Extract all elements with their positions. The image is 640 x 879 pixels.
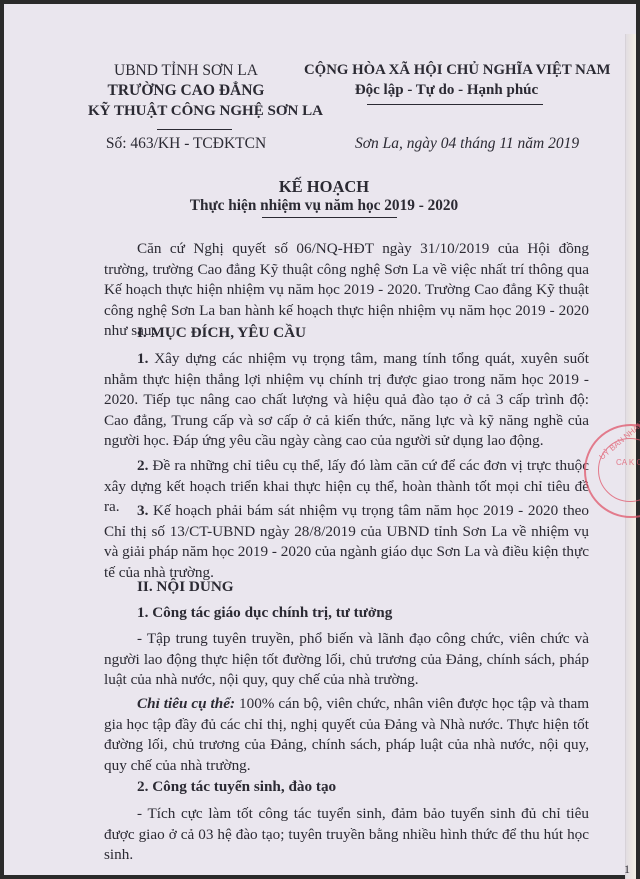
document-subtitle: Thực hiện nhiệm vụ năm học 2019 - 2020: [84, 197, 564, 215]
national-motto: Độc lập - Tự do - Hạnh phúc: [304, 82, 589, 99]
bullet-text: - Tập trung tuyên truyền, phổ biến và lã…: [104, 630, 589, 688]
subsection-1-target: Chỉ tiêu cụ thể: 100% cán bộ, viên chức,…: [104, 694, 589, 776]
nation-name: CỘNG HÒA XÃ HỘI CHỦ NGHĨA VIỆT NAM: [304, 62, 589, 79]
agency-name: UBND TỈNH SƠN LA: [86, 62, 286, 80]
section-2-heading: II. NỘI DUNG: [137, 578, 234, 596]
bullet-text: - Tích cực làm tốt công tác tuyển sinh, …: [104, 805, 589, 863]
header-underline-right: [367, 104, 543, 105]
document-number: Số: 463/KH - TCĐKTCN: [86, 135, 286, 153]
item-number: 2.: [137, 457, 148, 474]
page-number: 1: [624, 862, 630, 875]
subsection-2-bullet: - Tích cực làm tốt công tác tuyển sinh, …: [104, 804, 589, 866]
stamp-text-inner: CA K CÔ: [616, 458, 640, 467]
item-text: Xây dựng các nhiệm vụ trọng tâm, mang tí…: [104, 350, 589, 449]
item-text: Kế hoạch phải bám sát nhiệm vụ trọng tâm…: [104, 502, 589, 581]
document-page: UBND TỈNH SƠN LA TRƯỜNG CAO ĐẲNG KỸ THUẬ…: [4, 4, 636, 875]
header-underline-left: [157, 129, 232, 130]
official-stamp: UỶ BAN NHÂN CA K CÔ: [584, 424, 640, 518]
item-number: 1.: [137, 350, 148, 367]
section-1-item-3: 3. Kế hoạch phải bám sát nhiệm vụ trọng …: [104, 501, 589, 583]
school-name-line1: TRƯỜNG CAO ĐẲNG: [86, 82, 286, 100]
section-1-heading: I. MỤC ĐÍCH, YÊU CẦU: [137, 324, 306, 342]
subsection-1-heading: 1. Công tác giáo dục chính trị, tư tưởng: [137, 604, 392, 622]
subsection-2-heading: 2. Công tác tuyển sinh, đào tạo: [137, 778, 336, 796]
school-name-line2: KỸ THUẬT CÔNG NGHỆ SƠN LA: [88, 103, 288, 120]
title-underline: [262, 217, 397, 218]
document-title: KẾ HOẠCH: [84, 177, 564, 197]
subsection-1-bullet: - Tập trung tuyên truyền, phổ biến và lã…: [104, 629, 589, 691]
item-number: 3.: [137, 502, 148, 519]
place-date: Sơn La, ngày 04 tháng 11 năm 2019: [355, 135, 579, 153]
target-label: Chỉ tiêu cụ thể:: [137, 695, 235, 712]
section-1-item-1: 1. Xây dựng các nhiệm vụ trọng tâm, mang…: [104, 349, 589, 452]
